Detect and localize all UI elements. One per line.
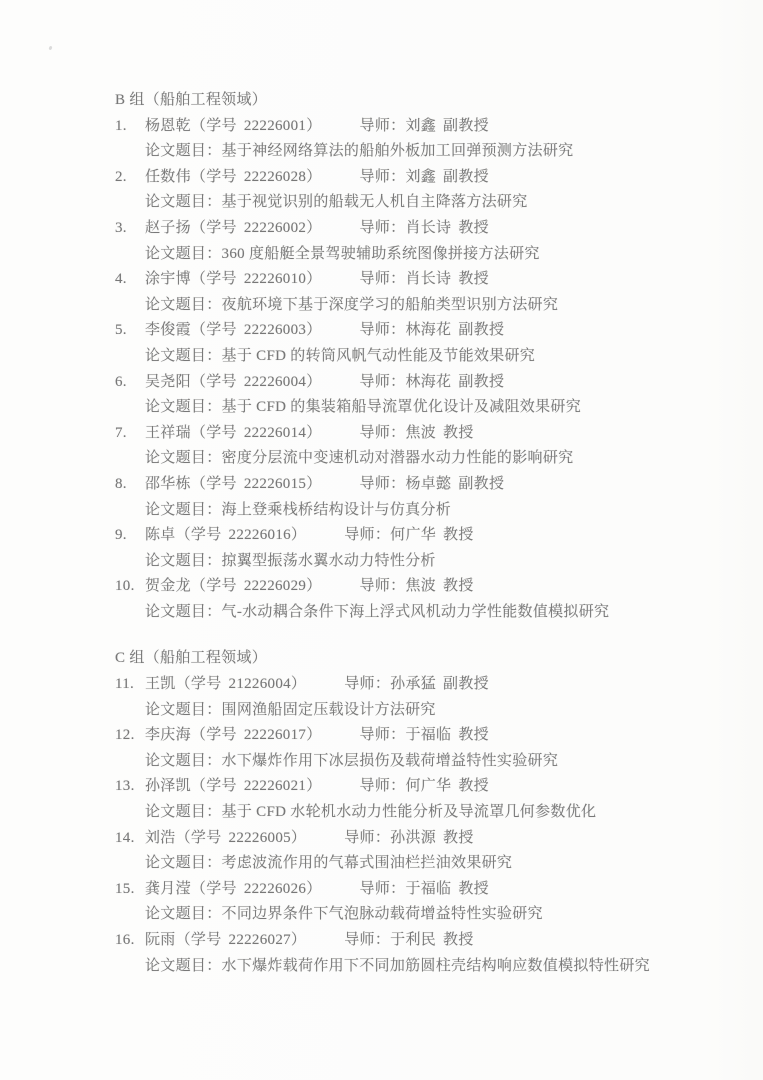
student-id-group: （学号22226027） <box>176 932 307 948</box>
student-id-open-label: （学号 <box>176 527 222 543</box>
student-id-group: （学号22226015） <box>191 476 322 492</box>
item-number: 13. <box>115 774 145 800</box>
section-heading: B 组（船舶工程领域） <box>115 88 735 114</box>
advisor-group: 导师：孙洪源教授 <box>344 830 473 846</box>
document-body: B 组（船舶工程领域） 1.杨恩乾（学号22226001）导师：刘鑫副教授 论文… <box>115 88 735 979</box>
item-number: 7. <box>115 421 145 447</box>
student-line: 9.陈卓（学号22226016）导师：何广华教授 <box>115 523 735 549</box>
item-number: 12. <box>115 723 145 749</box>
student-id-group: （学号22226017） <box>191 727 322 743</box>
thesis-line: 论文题目：密度分层流中变速机动对潜器水动力性能的影响研究 <box>115 446 735 472</box>
student-id-group: （学号22226021） <box>191 778 322 794</box>
thesis-line: 论文题目：水下爆炸作用下冰层损伤及载荷增益特性实验研究 <box>115 749 735 775</box>
student-name: 阮雨 <box>145 932 176 948</box>
advisor-name: 刘鑫 <box>405 118 436 134</box>
student-entry: 3.赵子扬（学号22226002）导师：肖长诗教授 论文题目：360 度船艇全景… <box>115 216 735 267</box>
student-id-close-label: ） <box>306 322 321 338</box>
thesis-label: 论文题目： <box>145 297 222 313</box>
student-id-number: 22226017 <box>244 727 306 743</box>
item-number: 2. <box>115 165 145 191</box>
advisor-label: 导师： <box>344 830 390 846</box>
advisor-name: 于福临 <box>405 727 451 743</box>
thesis-label: 论文题目： <box>145 906 222 922</box>
student-entry: 2.任数伟（学号22226028）导师：刘鑫副教授 论文题目：基于视觉识别的船载… <box>115 165 735 216</box>
student-line: 3.赵子扬（学号22226002）导师：肖长诗教授 <box>115 216 735 242</box>
thesis-label: 论文题目： <box>145 399 222 415</box>
advisor-name: 何广华 <box>405 778 451 794</box>
advisor-label: 导师： <box>360 374 406 390</box>
student-line: 16.阮雨（学号22226027）导师：于利民教授 <box>115 928 735 954</box>
advisor-label: 导师： <box>360 425 406 441</box>
student-id-group: （学号22226004） <box>191 374 322 390</box>
advisor-group: 导师：焦波教授 <box>360 425 474 441</box>
thesis-label: 论文题目： <box>145 246 222 262</box>
student-entry: 16.阮雨（学号22226027）导师：于利民教授 论文题目：水下爆炸载荷作用下… <box>115 928 735 979</box>
thesis-line: 论文题目：不同边界条件下气泡脉动载荷增益特性实验研究 <box>115 902 735 928</box>
advisor-title: 副教授 <box>443 169 489 185</box>
student-id-group: （学号22226026） <box>191 881 322 897</box>
student-id-group: （学号22226029） <box>191 578 322 594</box>
item-number: 6. <box>115 370 145 396</box>
student-id-group: （学号22226005） <box>176 830 307 846</box>
thesis-line: 论文题目：围网渔船固定压载设计方法研究 <box>115 698 735 724</box>
student-id-close-label: ） <box>306 271 321 287</box>
thesis-label: 论文题目： <box>145 702 222 718</box>
advisor-name: 刘鑫 <box>405 169 436 185</box>
student-id-close-label: ） <box>291 527 306 543</box>
student-id-close-label: ） <box>306 169 321 185</box>
thesis-label: 论文题目： <box>145 804 222 820</box>
advisor-name: 焦波 <box>405 425 436 441</box>
student-id-open-label: （学号 <box>191 118 237 134</box>
thesis-title: 水下爆炸载荷作用下不同加筋圆柱壳结构响应数值模拟特性研究 <box>222 958 650 974</box>
student-name: 吴尧阳 <box>145 374 191 390</box>
item-list: 11.王凯（学号21226004）导师：孙承猛副教授 论文题目：围网渔船固定压载… <box>115 672 735 979</box>
student-entry: 1.杨恩乾（学号22226001）导师：刘鑫副教授 论文题目：基于神经网络算法的… <box>115 114 735 165</box>
student-entry: 8.邵华栋（学号22226015）导师：杨卓懿副教授 论文题目：海上登乘栈桥结构… <box>115 472 735 523</box>
student-id-close-label: ） <box>291 830 306 846</box>
advisor-label: 导师： <box>360 578 406 594</box>
advisor-title: 教授 <box>443 932 474 948</box>
section-heading: C 组（船舶工程领域） <box>115 646 735 672</box>
student-id-number: 22226026 <box>244 881 306 897</box>
student-line: 4.涂宇博（学号22226010）导师：肖长诗教授 <box>115 267 735 293</box>
thesis-line: 论文题目：海上登乘栈桥结构设计与仿真分析 <box>115 498 735 524</box>
scanned-page-background: B 组（船舶工程领域） 1.杨恩乾（学号22226001）导师：刘鑫副教授 论文… <box>0 0 763 1080</box>
student-name: 龚月滢 <box>145 881 191 897</box>
student-entry: 12.李庆海（学号22226017）导师：于福临教授 论文题目：水下爆炸作用下冰… <box>115 723 735 774</box>
student-id-number: 22226016 <box>229 527 291 543</box>
scan-speck <box>48 46 52 51</box>
thesis-title: 基于神经网络算法的船舶外板加工回弹预测方法研究 <box>222 143 574 159</box>
student-entry: 11.王凯（学号21226004）导师：孙承猛副教授 论文题目：围网渔船固定压载… <box>115 672 735 723</box>
thesis-label: 论文题目： <box>145 450 222 466</box>
thesis-title: 基于 CFD 水轮机水动力性能分析及导流罩几何参数优化 <box>222 804 597 820</box>
student-id-open-label: （学号 <box>191 578 237 594</box>
advisor-title: 副教授 <box>443 676 489 692</box>
advisor-title: 教授 <box>458 778 489 794</box>
advisor-group: 导师：何广华教授 <box>360 778 489 794</box>
advisor-group: 导师：何广华教授 <box>344 527 473 543</box>
advisor-title: 副教授 <box>443 118 489 134</box>
student-id-close-label: ） <box>306 778 321 794</box>
student-name: 杨恩乾 <box>145 118 191 134</box>
student-name: 赵子扬 <box>145 220 191 236</box>
advisor-title: 副教授 <box>458 322 504 338</box>
student-entry: 5.李俊霞（学号22226003）导师：林海花副教授 论文题目：基于 CFD 的… <box>115 318 735 369</box>
advisor-group: 导师：林海花副教授 <box>360 322 505 338</box>
item-number: 14. <box>115 826 145 852</box>
thesis-line: 论文题目：水下爆炸载荷作用下不同加筋圆柱壳结构响应数值模拟特性研究 <box>115 954 735 980</box>
student-id-group: （学号21226004） <box>176 676 307 692</box>
thesis-label: 论文题目： <box>145 194 222 210</box>
student-entry: 14.刘浩（学号22226005）导师：孙洪源教授 论文题目：考虑波流作用的气幕… <box>115 826 735 877</box>
advisor-name: 林海花 <box>405 322 451 338</box>
student-id-close-label: ） <box>306 476 321 492</box>
student-id-close-label: ） <box>306 425 321 441</box>
item-number: 15. <box>115 877 145 903</box>
thesis-line: 论文题目：考虑波流作用的气幕式围油栏拦油效果研究 <box>115 851 735 877</box>
thesis-line: 论文题目：夜航环境下基于深度学习的船舶类型识别方法研究 <box>115 293 735 319</box>
advisor-group: 导师：刘鑫副教授 <box>360 169 489 185</box>
item-number: 10. <box>115 574 145 600</box>
advisor-title: 教授 <box>443 578 474 594</box>
student-name: 刘浩 <box>145 830 176 846</box>
thesis-line: 论文题目：360 度船艇全景驾驶辅助系统图像拼接方法研究 <box>115 242 735 268</box>
student-id-open-label: （学号 <box>191 425 237 441</box>
student-id-number: 22226001 <box>244 118 306 134</box>
advisor-group: 导师：于利民教授 <box>344 932 473 948</box>
advisor-group: 导师：于福临教授 <box>360 881 489 897</box>
student-name: 陈卓 <box>145 527 176 543</box>
student-line: 14.刘浩（学号22226005）导师：孙洪源教授 <box>115 826 735 852</box>
thesis-label: 论文题目： <box>145 855 222 871</box>
student-id-close-label: ） <box>306 881 321 897</box>
advisor-label: 导师： <box>344 527 390 543</box>
thesis-title: 基于视觉识别的船载无人机自主降落方法研究 <box>222 194 528 210</box>
student-id-open-label: （学号 <box>191 778 237 794</box>
student-name: 王凯 <box>145 676 176 692</box>
advisor-label: 导师： <box>360 727 406 743</box>
item-number: 5. <box>115 318 145 344</box>
thesis-line: 论文题目：基于 CFD 的集装箱船导流罩优化设计及减阻效果研究 <box>115 395 735 421</box>
thesis-title: 掠翼型振荡水翼水动力特性分析 <box>222 553 436 569</box>
advisor-title: 教授 <box>458 220 489 236</box>
advisor-group: 导师：孙承猛副教授 <box>344 676 489 692</box>
thesis-line: 论文题目：基于视觉识别的船载无人机自主降落方法研究 <box>115 190 735 216</box>
advisor-name: 于利民 <box>390 932 436 948</box>
student-line: 10.贺金龙（学号22226029）导师：焦波教授 <box>115 574 735 600</box>
thesis-title: 考虑波流作用的气幕式围油栏拦油效果研究 <box>222 855 513 871</box>
student-id-open-label: （学号 <box>191 374 237 390</box>
student-id-close-label: ） <box>306 578 321 594</box>
student-id-close-label: ） <box>291 932 306 948</box>
thesis-line: 论文题目：掠翼型振荡水翼水动力特性分析 <box>115 549 735 575</box>
student-entry: 6.吴尧阳（学号22226004）导师：林海花副教授 论文题目：基于 CFD 的… <box>115 370 735 421</box>
student-id-number: 22226002 <box>244 220 306 236</box>
student-id-number: 22226015 <box>244 476 306 492</box>
advisor-name: 肖长诗 <box>405 220 451 236</box>
advisor-title: 教授 <box>458 271 489 287</box>
thesis-title: 围网渔船固定压载设计方法研究 <box>222 702 436 718</box>
student-id-open-label: （学号 <box>191 881 237 897</box>
student-line: 11.王凯（学号21226004）导师：孙承猛副教授 <box>115 672 735 698</box>
student-id-close-label: ） <box>306 374 321 390</box>
student-line: 15.龚月滢（学号22226026）导师：于福临教授 <box>115 877 735 903</box>
student-id-number: 22226004 <box>244 374 306 390</box>
item-number: 4. <box>115 267 145 293</box>
thesis-title: 360 度船艇全景驾驶辅助系统图像拼接方法研究 <box>222 246 540 262</box>
student-id-open-label: （学号 <box>176 932 222 948</box>
item-number: 11. <box>115 672 145 698</box>
thesis-title: 密度分层流中变速机动对潜器水动力性能的影响研究 <box>222 450 574 466</box>
item-number: 1. <box>115 114 145 140</box>
student-id-group: （学号22226016） <box>176 527 307 543</box>
student-id-open-label: （学号 <box>191 169 237 185</box>
student-id-group: （学号22226014） <box>191 425 322 441</box>
advisor-name: 林海花 <box>405 374 451 390</box>
item-number: 8. <box>115 472 145 498</box>
student-line: 1.杨恩乾（学号22226001）导师：刘鑫副教授 <box>115 114 735 140</box>
advisor-title: 教授 <box>443 425 474 441</box>
group-section: C 组（船舶工程领域） 11.王凯（学号21226004）导师：孙承猛副教授 论… <box>115 646 735 979</box>
student-id-number: 22226021 <box>244 778 306 794</box>
student-id-open-label: （学号 <box>191 322 237 338</box>
advisor-name: 何广华 <box>390 527 436 543</box>
student-id-number: 22226014 <box>244 425 306 441</box>
thesis-label: 论文题目： <box>145 348 222 364</box>
item-number: 16. <box>115 928 145 954</box>
student-id-number: 22226028 <box>244 169 306 185</box>
student-id-group: （学号22226010） <box>191 271 322 287</box>
advisor-label: 导师： <box>360 881 406 897</box>
thesis-label: 论文题目： <box>145 753 222 769</box>
thesis-title: 海上登乘栈桥结构设计与仿真分析 <box>222 502 452 518</box>
student-id-open-label: （学号 <box>176 830 222 846</box>
student-name: 邵华栋 <box>145 476 191 492</box>
thesis-line: 论文题目：基于神经网络算法的船舶外板加工回弹预测方法研究 <box>115 139 735 165</box>
advisor-label: 导师： <box>360 476 406 492</box>
student-id-open-label: （学号 <box>176 676 222 692</box>
student-id-group: （学号22226003） <box>191 322 322 338</box>
student-id-open-label: （学号 <box>191 271 237 287</box>
advisor-name: 于福临 <box>405 881 451 897</box>
student-name: 任数伟 <box>145 169 191 185</box>
thesis-title: 夜航环境下基于深度学习的船舶类型识别方法研究 <box>222 297 559 313</box>
student-entry: 4.涂宇博（学号22226010）导师：肖长诗教授 论文题目：夜航环境下基于深度… <box>115 267 735 318</box>
student-id-close-label: ） <box>291 676 306 692</box>
advisor-name: 杨卓懿 <box>405 476 451 492</box>
thesis-label: 论文题目： <box>145 604 222 620</box>
student-id-group: （学号22226001） <box>191 118 322 134</box>
student-entry: 15.龚月滢（学号22226026）导师：于福临教授 论文题目：不同边界条件下气… <box>115 877 735 928</box>
advisor-name: 焦波 <box>405 578 436 594</box>
advisor-name: 肖长诗 <box>405 271 451 287</box>
group-section: B 组（船舶工程领域） 1.杨恩乾（学号22226001）导师：刘鑫副教授 论文… <box>115 88 735 625</box>
student-id-group: （学号22226002） <box>191 220 322 236</box>
advisor-name: 孙承猛 <box>390 676 436 692</box>
advisor-label: 导师： <box>360 169 406 185</box>
thesis-title: 基于 CFD 的集装箱船导流罩优化设计及减阻效果研究 <box>222 399 581 415</box>
student-name: 涂宇博 <box>145 271 191 287</box>
student-line: 5.李俊霞（学号22226003）导师：林海花副教授 <box>115 318 735 344</box>
student-id-open-label: （学号 <box>191 220 237 236</box>
student-entry: 13.孙泽凯（学号22226021）导师：何广华教授 论文题目：基于 CFD 水… <box>115 774 735 825</box>
thesis-title: 水下爆炸作用下冰层损伤及载荷增益特性实验研究 <box>222 753 559 769</box>
student-id-open-label: （学号 <box>191 727 237 743</box>
advisor-group: 导师：林海花副教授 <box>360 374 505 390</box>
advisor-group: 导师：肖长诗教授 <box>360 271 489 287</box>
thesis-title: 基于 CFD 的转筒风帆气动性能及节能效果研究 <box>222 348 536 364</box>
thesis-label: 论文题目： <box>145 553 222 569</box>
advisor-group: 导师：肖长诗教授 <box>360 220 489 236</box>
student-id-close-label: ） <box>306 118 321 134</box>
advisor-group: 导师：焦波教授 <box>360 578 474 594</box>
advisor-title: 教授 <box>443 527 474 543</box>
student-line: 12.李庆海（学号22226017）导师：于福临教授 <box>115 723 735 749</box>
student-entry: 9.陈卓（学号22226016）导师：何广华教授 论文题目：掠翼型振荡水翼水动力… <box>115 523 735 574</box>
advisor-label: 导师： <box>360 118 406 134</box>
student-id-number: 22226005 <box>229 830 291 846</box>
advisor-group: 导师：杨卓懿副教授 <box>360 476 505 492</box>
thesis-line: 论文题目：基于 CFD 的转筒风帆气动性能及节能效果研究 <box>115 344 735 370</box>
advisor-label: 导师： <box>344 676 390 692</box>
student-id-number: 22226010 <box>244 271 306 287</box>
student-line: 2.任数伟（学号22226028）导师：刘鑫副教授 <box>115 165 735 191</box>
thesis-line: 论文题目：气-水动耦合条件下海上浮式风机动力学性能数值模拟研究 <box>115 600 735 626</box>
thesis-title: 不同边界条件下气泡脉动载荷增益特性实验研究 <box>222 906 543 922</box>
item-number: 3. <box>115 216 145 242</box>
advisor-name: 孙洪源 <box>390 830 436 846</box>
student-name: 孙泽凯 <box>145 778 191 794</box>
student-id-close-label: ） <box>306 727 321 743</box>
advisor-label: 导师： <box>360 220 406 236</box>
student-id-number: 22226029 <box>244 578 306 594</box>
student-name: 王祥瑞 <box>145 425 191 441</box>
advisor-title: 教授 <box>458 727 489 743</box>
advisor-title: 教授 <box>458 881 489 897</box>
student-id-open-label: （学号 <box>191 476 237 492</box>
student-name: 贺金龙 <box>145 578 191 594</box>
item-number: 9. <box>115 523 145 549</box>
student-id-number: 22226003 <box>244 322 306 338</box>
advisor-title: 副教授 <box>458 476 504 492</box>
student-id-close-label: ） <box>306 220 321 236</box>
advisor-title: 副教授 <box>458 374 504 390</box>
advisor-label: 导师： <box>360 778 406 794</box>
student-line: 13.孙泽凯（学号22226021）导师：何广华教授 <box>115 774 735 800</box>
advisor-group: 导师：刘鑫副教授 <box>360 118 489 134</box>
student-entry: 10.贺金龙（学号22226029）导师：焦波教授 论文题目：气-水动耦合条件下… <box>115 574 735 625</box>
student-entry: 7.王祥瑞（学号22226014）导师：焦波教授 论文题目：密度分层流中变速机动… <box>115 421 735 472</box>
student-name: 李俊霞 <box>145 322 191 338</box>
student-line: 6.吴尧阳（学号22226004）导师：林海花副教授 <box>115 370 735 396</box>
thesis-line: 论文题目：基于 CFD 水轮机水动力性能分析及导流罩几何参数优化 <box>115 800 735 826</box>
student-id-number: 21226004 <box>229 676 291 692</box>
advisor-label: 导师： <box>360 322 406 338</box>
thesis-label: 论文题目： <box>145 502 222 518</box>
student-line: 7.王祥瑞（学号22226014）导师：焦波教授 <box>115 421 735 447</box>
student-id-group: （学号22226028） <box>191 169 322 185</box>
advisor-group: 导师：于福临教授 <box>360 727 489 743</box>
thesis-label: 论文题目： <box>145 958 222 974</box>
thesis-label: 论文题目： <box>145 143 222 159</box>
thesis-title: 气-水动耦合条件下海上浮式风机动力学性能数值模拟研究 <box>222 604 610 620</box>
advisor-title: 教授 <box>443 830 474 846</box>
item-list: 1.杨恩乾（学号22226001）导师：刘鑫副教授 论文题目：基于神经网络算法的… <box>115 114 735 626</box>
advisor-label: 导师： <box>344 932 390 948</box>
student-id-number: 22226027 <box>229 932 291 948</box>
advisor-label: 导师： <box>360 271 406 287</box>
student-name: 李庆海 <box>145 727 191 743</box>
student-line: 8.邵华栋（学号22226015）导师：杨卓懿副教授 <box>115 472 735 498</box>
